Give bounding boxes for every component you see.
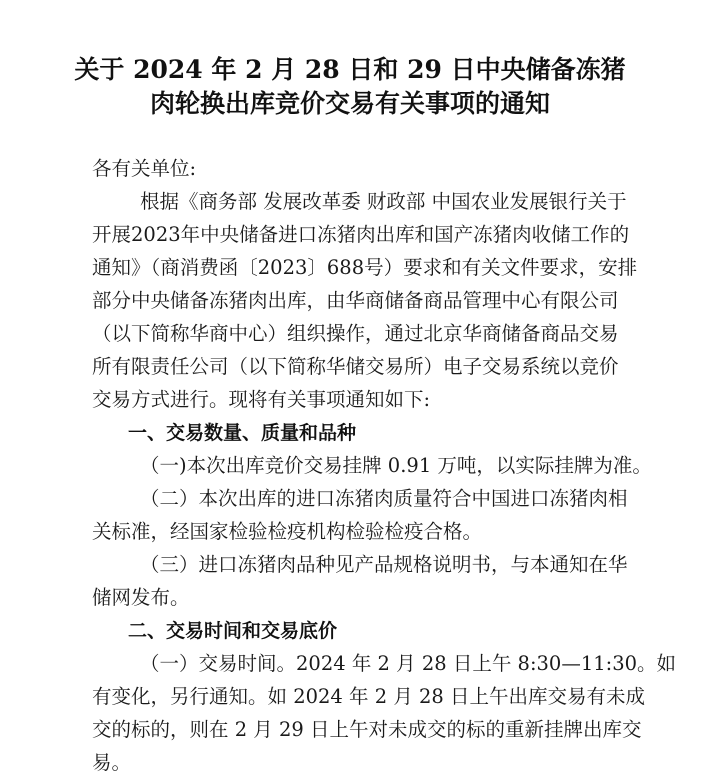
intro-line: 根据《商务部 发展改革委 财政部 中国农业发展银行关于 [140,190,606,214]
paragraph-line: （三）进口冻猪肉品种见产品规格说明书，与本通知在华 [140,553,606,577]
intro-line: （以下简称华商中心）组织操作，通过北京华商储备商品交易 [92,322,606,346]
paragraph-line: 关标准，经国家检验检疫机构检验检疫合格。 [92,520,606,544]
intro-line: 部分中央储备冻猪肉出库，由华商储备商品管理中心有限公司 [92,289,606,313]
document-title-line-2: 肉轮换出库竞价交易有关事项的通知 [60,84,640,120]
section-heading: 一、交易数量、质量和品种 [128,421,356,445]
paragraph-line: （一)本次出库竞价交易挂牌 0.91 万吨，以实际挂牌为准。 [140,454,606,478]
paragraph-line: 有变化，另行通知。如 2024 年 2 月 28 日上午出库交易有未成 [92,685,606,709]
intro-line: 所有限责任公司（以下简称华储交易所）电子交易系统以竞价 [92,355,606,379]
intro-line: 开展2023年中央储备进口冻猪肉出库和国产冻猪肉收储工作的 [92,223,606,247]
paragraph-line: （一）交易时间。2024 年 2 月 28 日上午 8:30—11:30。如 [140,652,606,676]
document-page: 关于 2024 年 2 月 28 日和 29 日中央储备冻猪 肉轮换出库竞价交易… [0,0,701,782]
paragraph-line: 储网发布。 [92,586,606,610]
paragraph-line: 易。 [92,751,606,775]
paragraph-line: （二）本次出库的进口冻猪肉质量符合中国进口冻猪肉相 [140,487,606,511]
intro-line: 通知》（商消费函〔2023〕688号）要求和有关文件要求，安排 [92,256,606,280]
salutation: 各有关单位: [92,157,606,181]
document-title-line-1: 关于 2024 年 2 月 28 日和 29 日中央储备冻猪 [60,50,640,86]
section-heading: 二、交易时间和交易底价 [128,619,337,643]
intro-line: 交易方式进行。现将有关事项通知如下: [92,388,606,412]
paragraph-line: 交的标的，则在 2 月 29 日上午对未成交的标的重新挂牌出库交 [92,718,606,742]
